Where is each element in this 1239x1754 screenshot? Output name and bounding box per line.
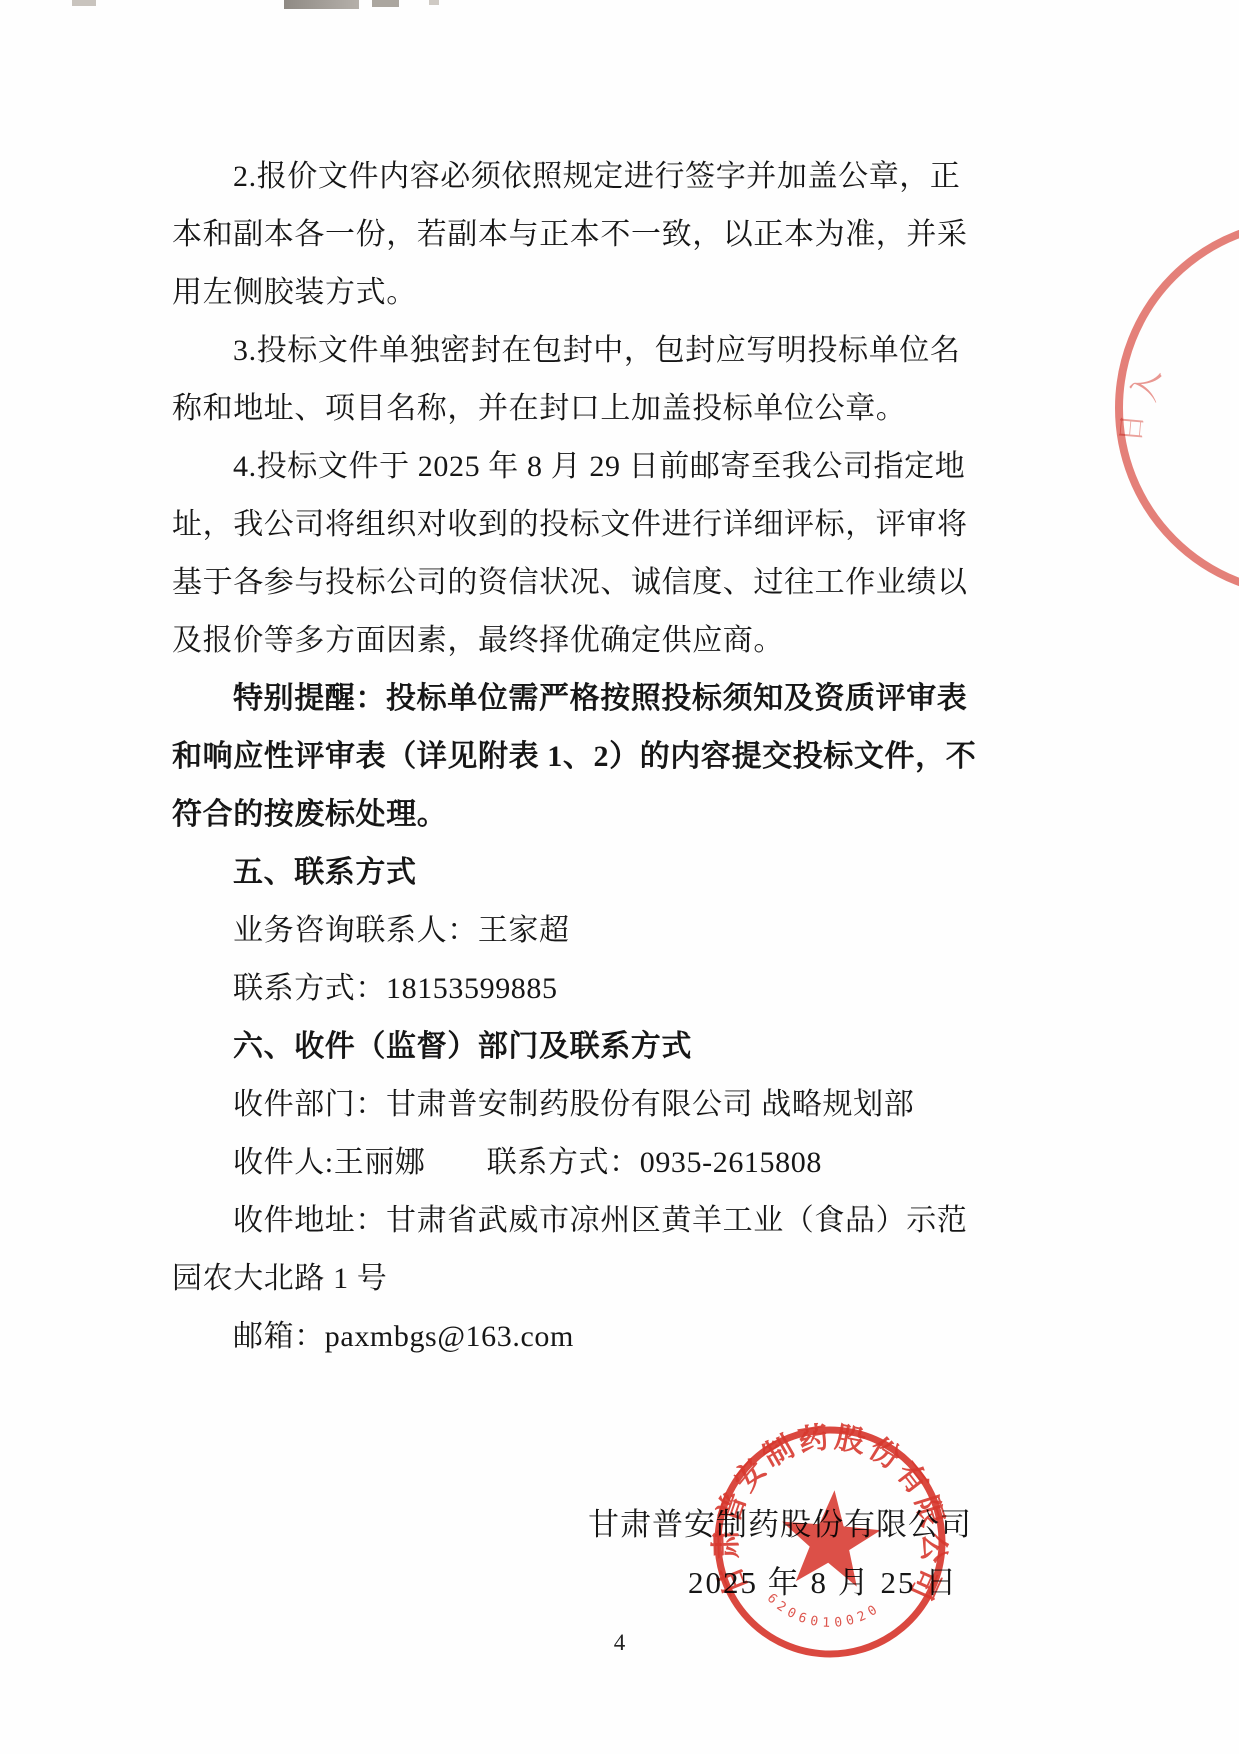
section-heading-recipient: 六、收件（监督）部门及联系方式	[172, 1018, 972, 1076]
scan-artifact	[284, 0, 359, 9]
paragraph-line: 称和地址、项目名称，并在封口上加盖投标单位公章。	[172, 380, 972, 438]
seal-star-icon	[777, 1486, 884, 1588]
scan-artifact	[429, 0, 439, 5]
paragraph-line: 用左侧胶装方式。	[172, 264, 972, 322]
partial-seal	[1080, 220, 1239, 620]
recipient-address-line: 园农大北路 1 号	[172, 1250, 972, 1308]
scan-artifact	[72, 0, 96, 6]
contact-phone-line: 联系方式：18153599885	[172, 960, 972, 1018]
document-page: 2.报价文件内容必须依照规定进行签字并加盖公章，正 本和副本各一份，若副本与正本…	[0, 0, 1239, 1754]
scan-artifact	[372, 0, 399, 7]
paragraph-line: 3.投标文件单独密封在包封中，包封应写明投标单位名	[172, 322, 972, 380]
section-heading-contact: 五、联系方式	[172, 844, 972, 902]
partial-seal-border	[1119, 222, 1239, 594]
contact-person-line: 业务咨询联系人：王家超	[172, 902, 972, 960]
recipient-address-line: 收件地址：甘肃省武威市凉州区黄羊工业（食品）示范	[172, 1192, 972, 1250]
partial-seal-glyph: 日	[1109, 412, 1151, 443]
recipient-person-line: 收件人:王丽娜 联系方式：0935-2615808	[172, 1134, 972, 1192]
special-reminder-line: 特别提醒：投标单位需严格按照投标须知及资质评审表	[172, 670, 972, 728]
paragraph-line: 基于各参与投标公司的资信状况、诚信度、过往工作业绩以	[172, 554, 972, 612]
recipient-department-line: 收件部门：甘肃普安制药股份有限公司 战略规划部	[172, 1076, 972, 1134]
paragraph-line: 4.投标文件于 2025 年 8 月 29 日前邮寄至我公司指定地	[172, 438, 972, 496]
special-reminder-line: 符合的按废标处理。	[172, 786, 972, 844]
company-seal: 甘肃普安制药股份有限公司 620601002009	[689, 1401, 971, 1683]
paragraph-line: 及报价等多方面因素，最终择优确定供应商。	[172, 612, 972, 670]
paragraph-line: 址，我公司将组织对收到的投标文件进行详细评标，评审将	[172, 496, 972, 554]
special-reminder-line: 和响应性评审表（详见附表 1、2）的内容提交投标文件，不	[172, 728, 972, 786]
paragraph-line: 本和副本各一份，若副本与正本不一致，以正本为准，并采	[172, 206, 972, 264]
email-line: 邮箱：paxmbgs@163.com	[172, 1308, 972, 1366]
page-number: 4	[0, 1630, 1239, 1656]
paragraph-line: 2.报价文件内容必须依照规定进行签字并加盖公章，正	[172, 148, 972, 206]
document-body: 2.报价文件内容必须依照规定进行签字并加盖公章，正 本和副本各一份，若副本与正本…	[172, 148, 972, 1366]
